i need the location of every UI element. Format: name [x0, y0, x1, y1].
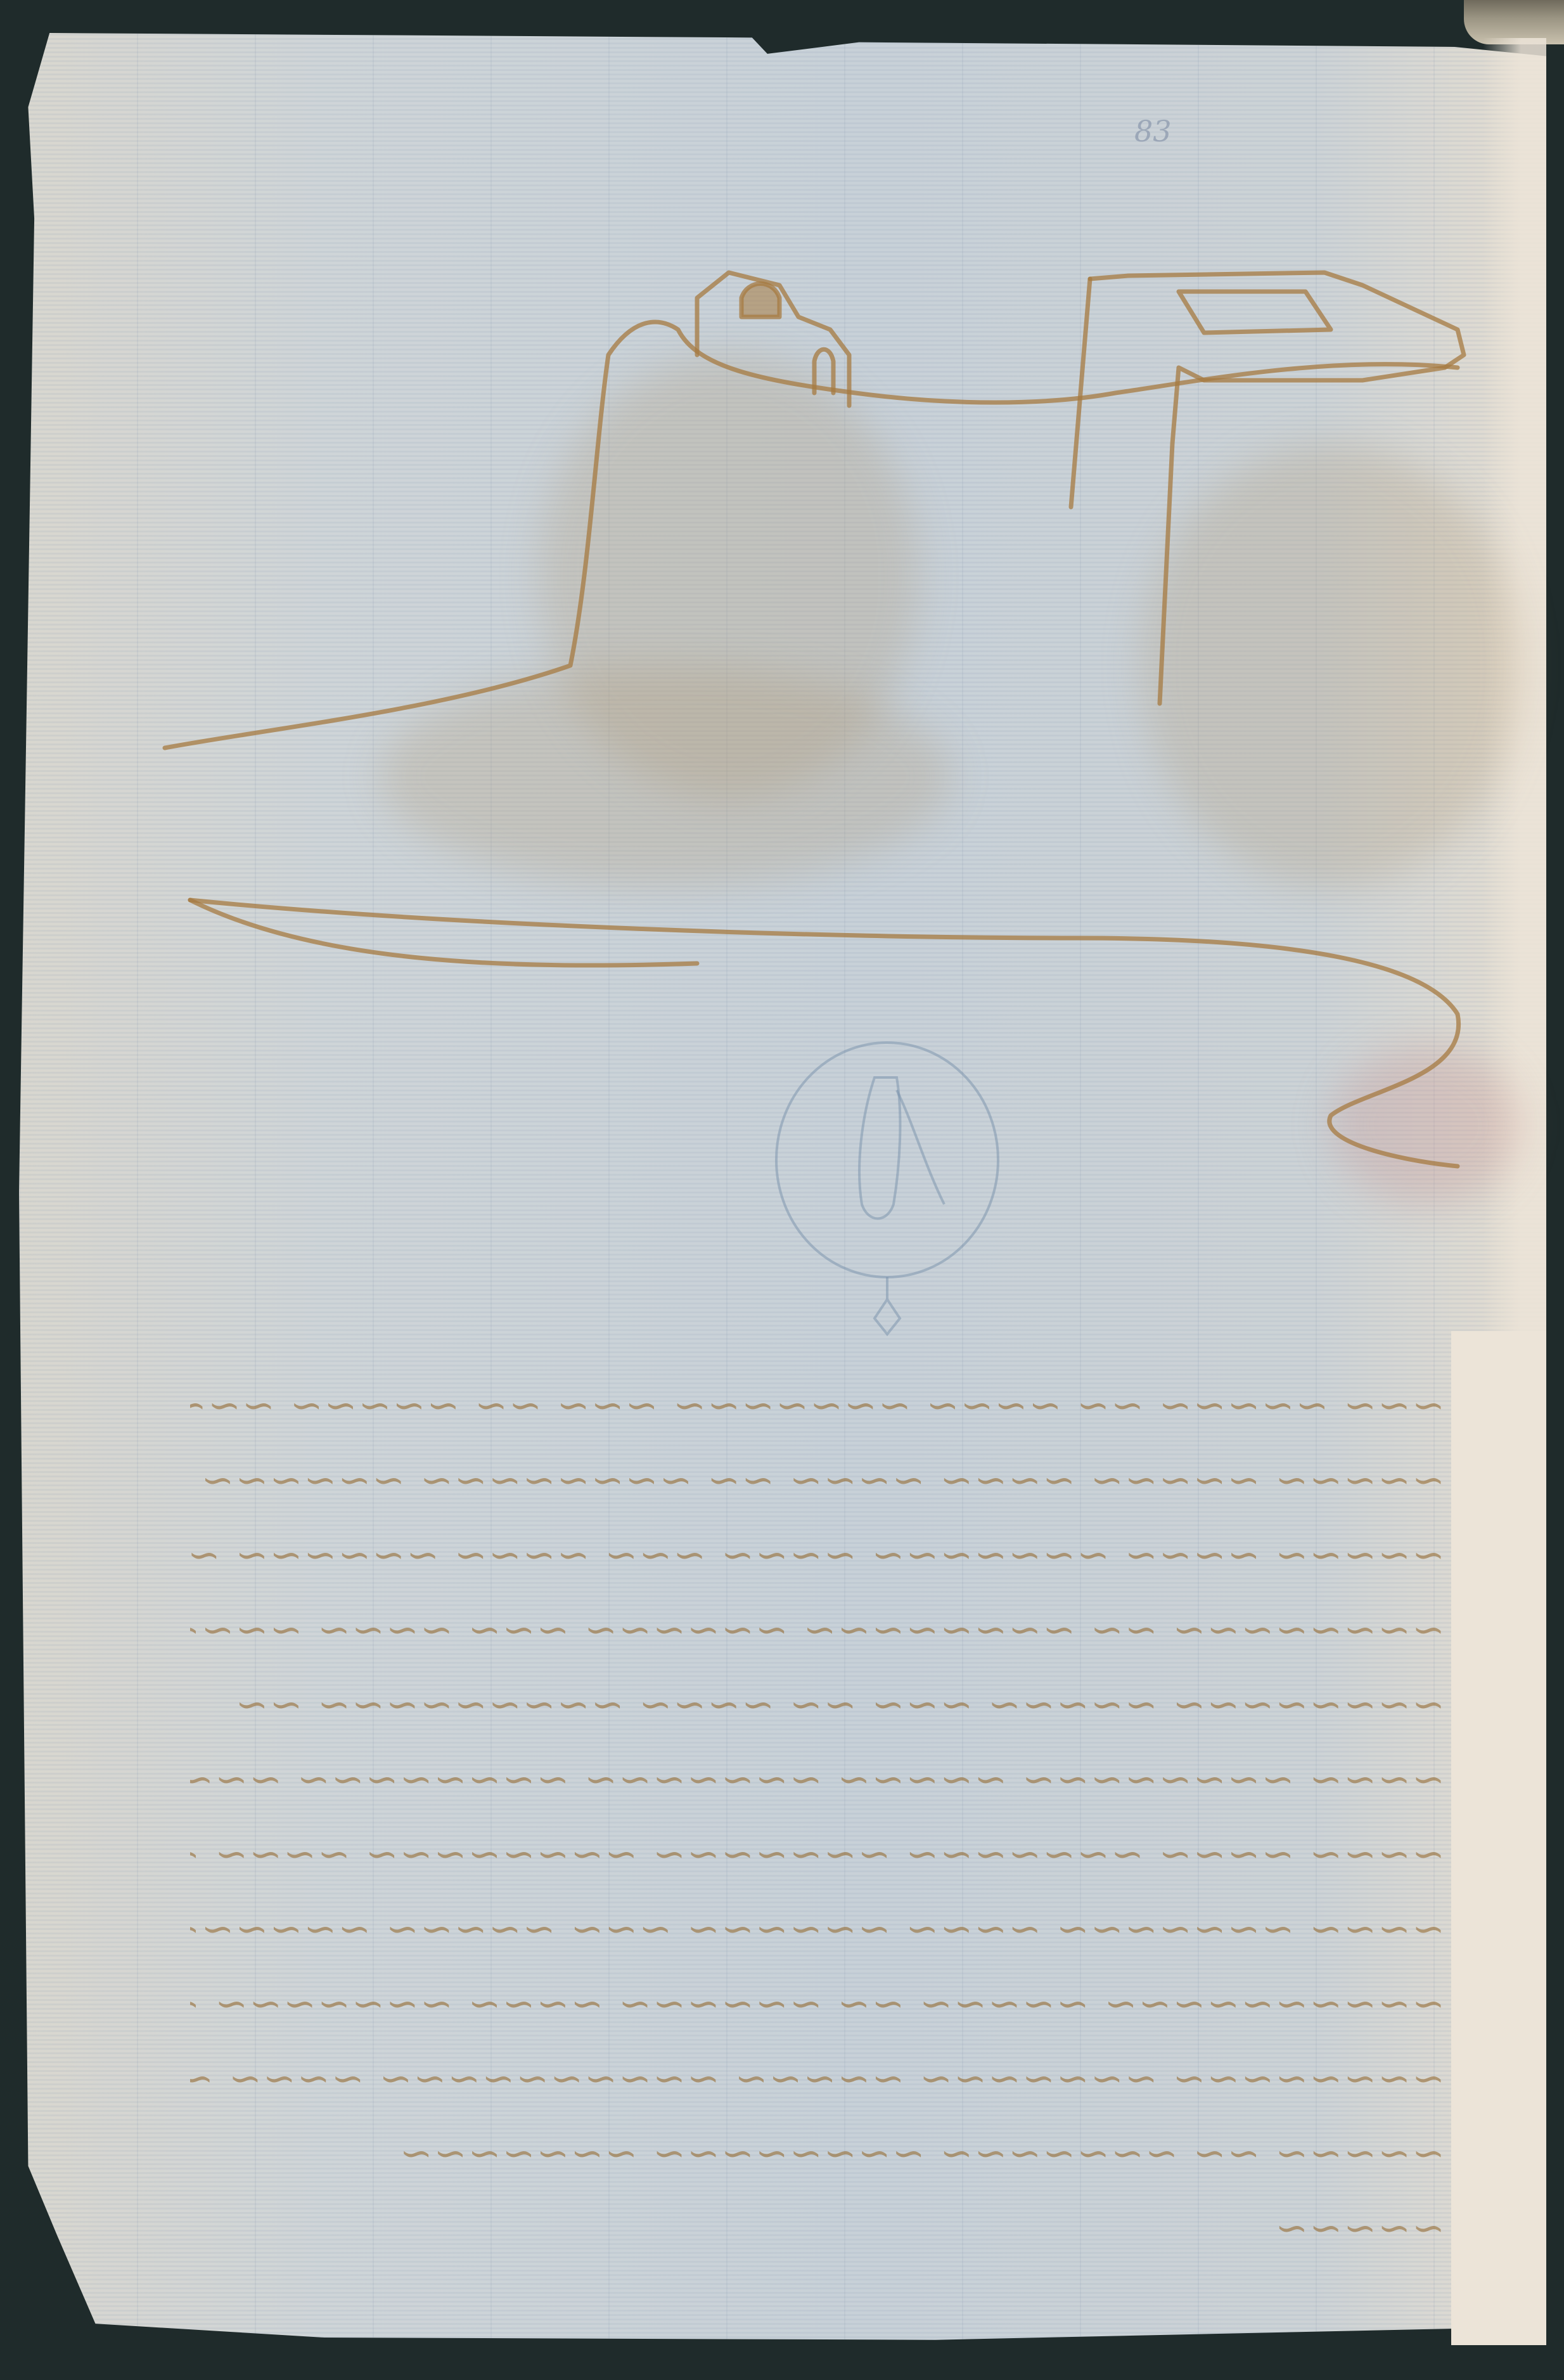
hill-outline — [165, 322, 1458, 748]
watermark-stem — [875, 1277, 900, 1334]
handwriting-line: ~~~~ ~~~~~~~ ~~~~ ~~~~~~ ~~~ ~~~~~ ~~~~~… — [190, 1905, 1445, 1980]
handwriting-line: ~~~~~ ~~~~ ~~~~~~~ ~~~~ ~~~ ~~~~ ~~~~~~ … — [190, 1531, 1445, 1606]
handwriting-line: ~~~ ~~~~~ ~~ ~~~~ ~~~~~~~ ~~~ ~~ ~~~~~ ~… — [190, 1382, 1445, 1457]
bleed-through-handwriting: ~~~ ~~~~~ ~~ ~~~~ ~~~~~~~ ~~~ ~~ ~~~~~ ~… — [190, 1382, 1445, 2279]
circular-watermark — [767, 1039, 1008, 1337]
handwriting-line: ~~~~~~~~ ~~~~~~~ ~~~~~ ~~~~~~~~~~ ~~~~ ~… — [190, 2055, 1445, 2130]
chapel-arch-window — [741, 284, 779, 318]
handwriting-line: ~~~~~ ~~~~~ ~~~~ ~~~~ ~~ ~~~~~~~~ ~~~~~~… — [190, 1457, 1445, 1531]
tower-outline — [1090, 273, 1464, 704]
handwriting-line: ~~~~~~~~ ~~ ~~~~~~~~ ~~~~~~ ~~~ ~~~~ ~~~… — [190, 1606, 1445, 1681]
tower-opening — [1179, 292, 1331, 333]
tower-left-edge — [1071, 279, 1090, 507]
handwriting-line: ~~~~ ~~~~ ~~~~~~~ ~~~~~~~ ~~~~~~~~ ~~~~ … — [190, 1830, 1445, 1905]
shore-lower — [190, 900, 697, 965]
handwriting-line: ~~~~~~~~~~ ~~~~~ ~~ ~~~~~~ ~~~~ ~~~~~~~ … — [190, 1980, 1445, 2055]
handwriting-line: ~~~~~ — [190, 2204, 1445, 2279]
handwriting-line: ~~~~ ~~~~~~~~ ~~~~~ ~~~~~~~ ~~~~~~~~ ~~~… — [190, 1756, 1445, 1830]
handwriting-line: ~~~~~~~~ ~~~~~ ~~~ ~~ ~~~~ ~~~~~~~~~ ~~ — [190, 1681, 1445, 1756]
handwriting-line: ~~~~~ ~~ ~~~~~~~ ~~~~~~~~ ~~~~~~~ — [190, 2130, 1445, 2204]
watermark-figure — [859, 1077, 900, 1219]
